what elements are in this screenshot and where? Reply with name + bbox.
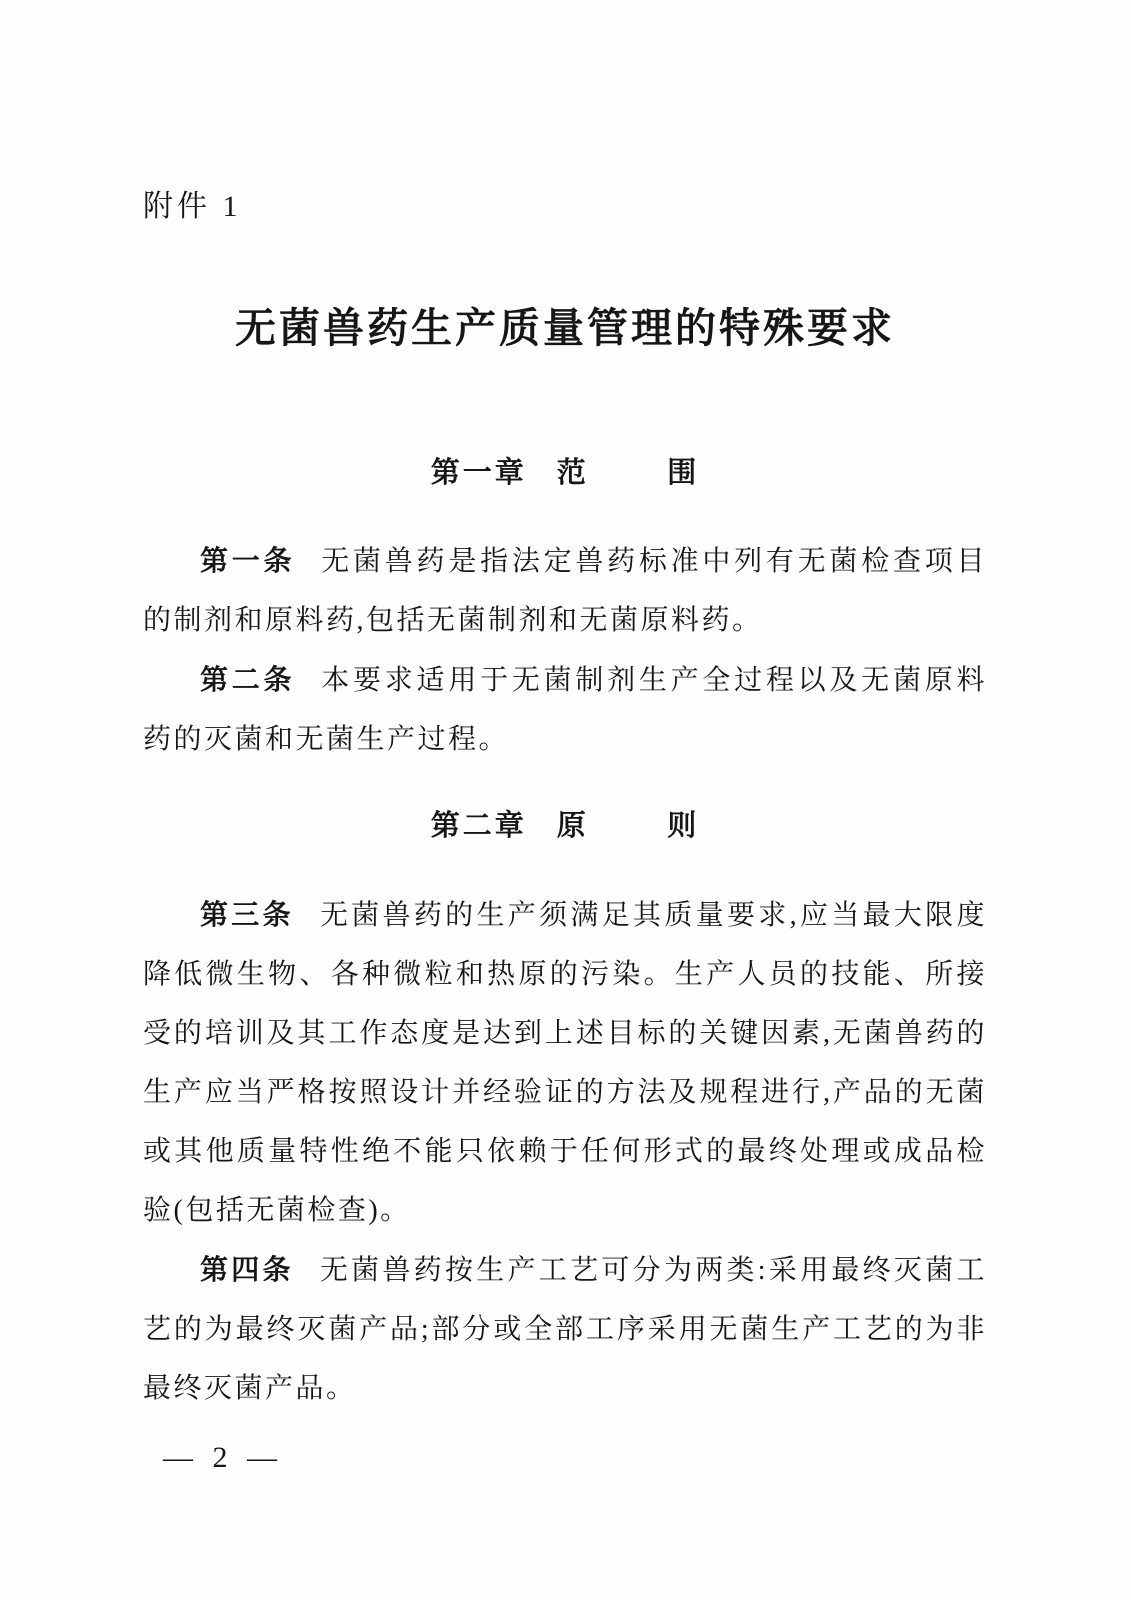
attachment-label: 附件 1 — [143, 186, 987, 228]
chapter-1-articles: 第一条无菌兽药是指法定兽药标准中列有无菌检查项目的制剂和原料药,包括无菌制剂和无… — [143, 531, 987, 769]
article-2-label: 第二条 — [200, 663, 295, 696]
article-3: 第三条无菌兽药的生产须满足其质量要求,应当最大限度降低微生物、各种微粒和热原的污… — [143, 885, 987, 1240]
page-number: — 2 — — [163, 1438, 987, 1478]
document-page: 附件 1 无菌兽药生产质量管理的特殊要求 第一章 范 围 第一条无菌兽药是指法定… — [0, 0, 1131, 1600]
article-3-label: 第三条 — [200, 898, 294, 931]
chapter-1-heading: 第一章 范 围 — [143, 450, 987, 494]
chapter-2-articles: 第三条无菌兽药的生产须满足其质量要求,应当最大限度降低微生物、各种微粒和热原的污… — [143, 885, 987, 1418]
article-3-text: 无菌兽药的生产须满足其质量要求,应当最大限度降低微生物、各种微粒和热原的污染。生… — [143, 900, 987, 1226]
article-1: 第一条无菌兽药是指法定兽药标准中列有无菌检查项目的制剂和原料药,包括无菌制剂和无… — [143, 531, 987, 650]
chapter-2-number: 第二章 — [431, 803, 527, 847]
document-title: 无菌兽药生产质量管理的特殊要求 — [143, 300, 987, 356]
chapter-1-title: 范 围 — [557, 450, 700, 494]
chapter-2-heading: 第二章 原 则 — [143, 803, 987, 847]
article-1-label: 第一条 — [200, 544, 295, 577]
article-2: 第二条本要求适用于无菌制剂生产全过程以及无菌原料药的灭菌和无菌生产过程。 — [143, 650, 987, 769]
article-4-label: 第四条 — [200, 1253, 294, 1286]
chapter-2-title: 原 则 — [557, 803, 700, 847]
chapter-1-number: 第一章 — [431, 450, 527, 494]
article-4: 第四条无菌兽药按生产工艺可分为两类:采用最终灭菌工艺的为最终灭菌产品;部分或全部… — [143, 1240, 987, 1418]
